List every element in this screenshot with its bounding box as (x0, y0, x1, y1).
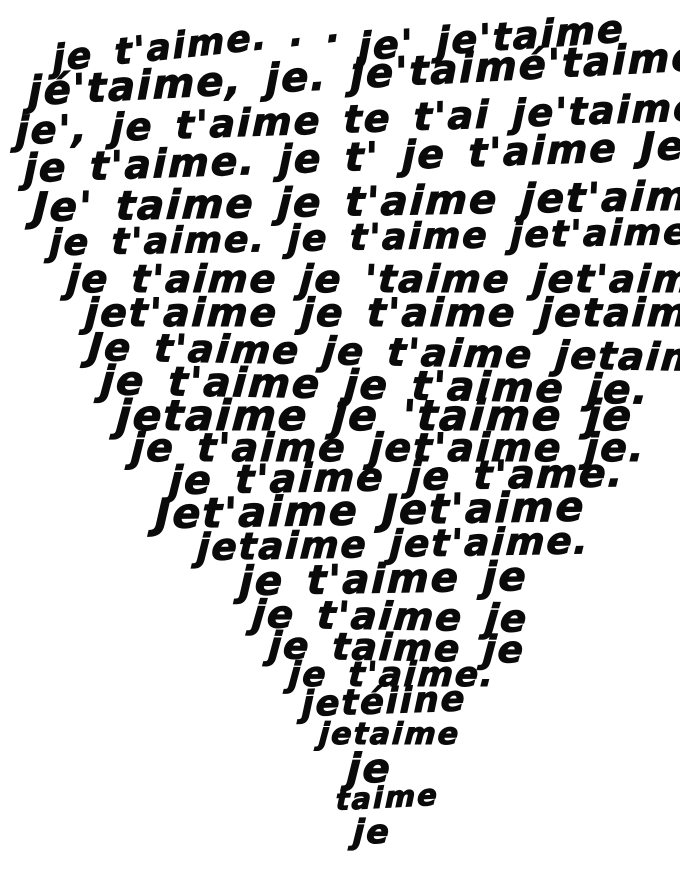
handwritten-line: je (352, 815, 391, 848)
heart-calligraphy-artwork: je t'aime. . .je' je'taimejé'taime, je. … (0, 0, 680, 873)
handwritten-line: taime (335, 781, 439, 815)
handwritten-line: je t'aime. je t'aime jet'aime je (49, 214, 680, 262)
